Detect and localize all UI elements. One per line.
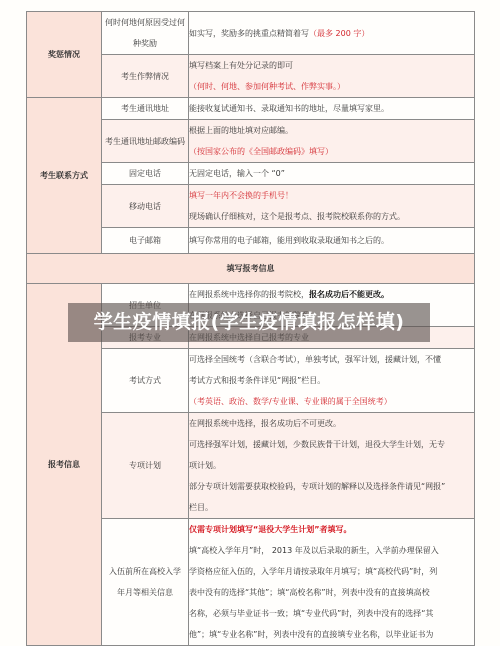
note-red-bold: 仅需专项计划填写“退役大学生计划”者填写。	[189, 519, 474, 540]
row-label: 考生通讯地址	[102, 98, 189, 120]
content-text: 在网报系统中选择你的报考院校，	[189, 290, 309, 299]
content-text: 部分专项计划需要获取校验码，专项计划的解释以及选择条件请见“网报”	[189, 476, 474, 497]
content-text: 学资格应征入伍的，入学年月请按录取年月填写；填“高校代码”时，列	[189, 561, 474, 582]
content-text: 在网报系统中选择，报名成功后不可更改。	[189, 413, 474, 434]
content-text: 如实写，奖励多的挑重点精简着写	[189, 29, 309, 38]
content-text: 填写档案上有处分记录的即可	[189, 55, 474, 76]
note-red: （考英语、政治、数学/专业课、专业课的属于全国统考）	[189, 391, 474, 412]
note-red: （最多 200 字）	[309, 29, 369, 38]
row-content: 能接收复试通知书、录取通知书的地址，尽量填写家里。	[189, 98, 475, 120]
row-label: 专项计划	[102, 413, 189, 519]
note-red: （何时、何地、参加何种考试、作弊实事。）	[189, 76, 474, 97]
row-content: 根据上面的地址填对应邮编。 （按国家公布的《全国邮政编码》填写）	[189, 120, 475, 163]
section-banner: 填写报考信息	[27, 254, 475, 284]
content-text: 表中没有的选择“其他”；填“高校名称”时，列表中没有的直接填高校	[189, 582, 474, 603]
content-text: 他”；填“专业名称”时，列表中没有的直接填专业名称，以毕业证书为	[189, 624, 474, 645]
row-label: 考生作弊情况	[102, 55, 189, 98]
overlay-title-banner: 学生疫情填报(学生疫情填报怎样填)	[68, 303, 430, 342]
table-row: 考生联系方式 考生通讯地址 能接收复试通知书、录取通知书的地址，尽量填写家里。	[27, 98, 475, 120]
row-content: 在网报系统中选择，报名成功后不可更改。 可选择强军计划，援藏计划，少数民族骨干计…	[189, 413, 475, 519]
content-text: 无固定电话，输入一个 “0”	[189, 163, 474, 184]
row-label: 电子邮箱	[102, 228, 189, 254]
row-content: 可选择全国统考（含联合考试），单独考试，强军计划，援藏计划，不懂 考试方式和报考…	[189, 349, 475, 413]
content-text: 填“高校入学年月”时， 2013 年及以后录取的新生，入学前办理保留入	[189, 540, 474, 561]
content-text: 能接收复试通知书、录取通知书的地址，尽量填写家里。	[189, 98, 474, 119]
row-content: 填写档案上有处分记录的即可 （何时、何地、参加何种考试、作弊实事。）	[189, 55, 475, 98]
content-text: 项计划。	[189, 455, 474, 476]
content-text: 可选择强军计划，援藏计划，少数民族骨干计划，退役大学生计划，无专	[189, 434, 474, 455]
content-text: 名称，必须与毕业证书一致；填“专业代码”时，列表中没有的选择“其	[189, 603, 474, 624]
note-red: 填写一年内不会换的手机号！	[189, 185, 474, 206]
row-content: 仅需专项计划填写“退役大学生计划”者填写。 填“高校入学年月”时， 2013 年…	[189, 519, 475, 646]
note-bold: 报名成功后不能更改。	[309, 290, 389, 299]
category-awards: 奖惩情况	[27, 12, 102, 98]
content-text: 填写你常用的电子邮箱，能用到收取录取通知书之后的。	[189, 230, 474, 251]
row-label: 移动电话	[102, 185, 189, 228]
note-red: （按国家公布的《全国邮政编码》填写）	[189, 141, 474, 162]
row-label: 考试方式	[102, 349, 189, 413]
content-text: 根据上面的地址填对应邮编。	[189, 120, 474, 141]
row-label: 何时何地何原因受过何种奖励	[102, 12, 189, 55]
row-content: 填写你常用的电子邮箱，能用到收取录取通知书之后的。	[189, 228, 475, 254]
content-text: 可选择全国统考（含联合考试），单独考试，强军计划，援藏计划，不懂	[189, 349, 474, 370]
content-text: 现场确认仔细核对，这个是报考点、报考院校联系你的方式。	[189, 206, 474, 227]
table-row: 奖惩情况 何时何地何原因受过何种奖励 如实写，奖励多的挑重点精简着写（最多 20…	[27, 12, 475, 55]
row-content: 如实写，奖励多的挑重点精简着写（最多 200 字）	[189, 12, 475, 55]
row-content: 填写一年内不会换的手机号！ 现场确认仔细核对，这个是报考点、报考院校联系你的方式…	[189, 185, 475, 228]
row-label: 入伍前所在高校入学年月等相关信息	[102, 519, 189, 646]
row-label: 固定电话	[102, 163, 189, 185]
row-content: 无固定电话，输入一个 “0”	[189, 163, 475, 185]
content-text: 栏目。	[189, 497, 474, 518]
section-banner-row: 填写报考信息	[27, 254, 475, 284]
category-contact: 考生联系方式	[27, 98, 102, 254]
row-label: 考生通讯地址邮政编码	[102, 120, 189, 163]
content-text: 考试方式和报考条件详见“网报”栏目。	[189, 370, 474, 391]
